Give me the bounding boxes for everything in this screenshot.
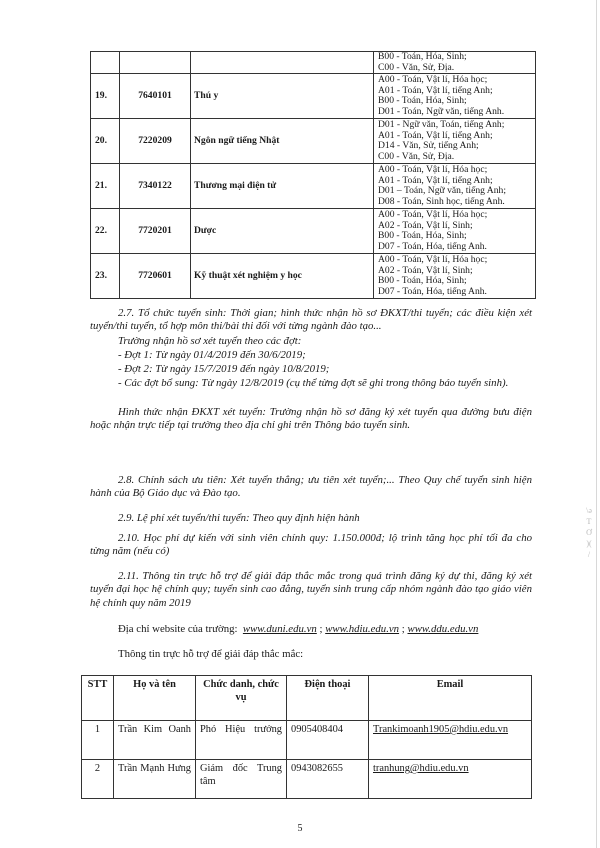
rounds-intro: Trường nhận hồ sơ xét tuyển theo các đợt… <box>118 335 532 348</box>
header-email: Email <box>369 676 532 721</box>
contact-name: Trần Mạnh Hưng <box>114 760 196 799</box>
contact-row: 2Trần Mạnh HưngGiám đốc Trung tâm0943082… <box>82 760 532 799</box>
table-row: 23.7720601Kỹ thuật xét nghiệm y họcA00 -… <box>91 254 536 299</box>
row-index: 20. <box>91 119 120 164</box>
contact-title: Giám đốc Trung tâm <box>196 760 287 799</box>
subject-combinations: A00 - Toán, Vật lí, Hóa học;A01 - Toán, … <box>374 74 536 119</box>
combination: A00 - Toán, Vật lí, Hóa học; <box>378 165 532 176</box>
program-name: Thương mại điện tử <box>191 164 374 209</box>
combination: D01 - Ngữ văn, Toán, tiếng Anh; <box>378 120 532 131</box>
header-stt: STT <box>82 676 114 721</box>
subject-combinations: B00 - Toán, Hóa, Sinh; C00 - Văn, Sử, Đị… <box>374 52 536 74</box>
combination: D07 - Toán, Hóa, tiếng Anh. <box>378 242 532 253</box>
combination: D01 - Toán, Ngữ văn, tiếng Anh. <box>378 107 532 118</box>
program-name: Kỹ thuật xét nghiệm y học <box>191 254 374 299</box>
submission-method: Hình thức nhận ĐKXT xét tuyển: Trường nh… <box>90 406 532 433</box>
contact-phone: 0943082655 <box>287 760 369 799</box>
contact-stt: 1 <box>82 721 114 760</box>
website-link-hdiu[interactable]: www.hdiu.edu.vn <box>325 623 399 635</box>
row-index: 21. <box>91 164 120 209</box>
contact-email-cell: tranhung@hdiu.edu.vn <box>369 760 532 799</box>
section-2-7: 2.7. Tổ chức tuyển sinh: Thời gian; hình… <box>90 307 532 334</box>
program-name: Ngôn ngữ tiếng Nhật <box>191 119 374 164</box>
program-name <box>191 52 374 74</box>
website-line: Địa chỉ website của trường: www.duni.edu… <box>118 623 538 636</box>
program-table: B00 - Toán, Hóa, Sinh; C00 - Văn, Sử, Đị… <box>90 51 536 299</box>
program-code: 7220209 <box>120 119 191 164</box>
contact-email-link[interactable]: tranhung@hdiu.edu.vn <box>373 763 469 774</box>
contact-email-cell: Trankimoanh1905@hdiu.edu.vn <box>369 721 532 760</box>
round-1: - Đợt 1: Từ ngày 01/4/2019 đến 30/6/2019… <box>118 349 532 362</box>
combination: D07 - Toán, Hóa, tiếng Anh. <box>378 287 532 298</box>
program-name: Dược <box>191 209 374 254</box>
table-header-row: STT Họ và tên Chức danh, chức vụ Điện th… <box>82 676 532 721</box>
website-label: Địa chỉ website của trường: <box>118 623 238 635</box>
website-link-ddu[interactable]: www.ddu.edu.vn <box>408 623 479 635</box>
program-code: 7340122 <box>120 164 191 209</box>
subject-combinations: D01 - Ngữ văn, Toán, tiếng Anh;A01 - Toá… <box>374 119 536 164</box>
table-row: B00 - Toán, Hóa, Sinh; C00 - Văn, Sử, Đị… <box>91 52 536 74</box>
program-code <box>120 52 191 74</box>
contact-table: STT Họ và tên Chức danh, chức vụ Điện th… <box>81 675 532 799</box>
website-separator: ; <box>317 623 325 635</box>
round-2: - Đợt 2: Từ ngày 15/7/2019 đến ngày 10/8… <box>118 363 532 376</box>
combination: A00 - Toán, Vật lí, Hóa học; <box>378 75 532 86</box>
round-extra: - Các đợt bổ sung: Từ ngày 12/8/2019 (cụ… <box>90 377 532 390</box>
contact-phone: 0905408404 <box>287 721 369 760</box>
program-code: 7720601 <box>120 254 191 299</box>
table-row: 22.7720201DượcA00 - Toán, Vật lí, Hóa họ… <box>91 209 536 254</box>
table-row: 21.7340122Thương mại điện tửA00 - Toán, … <box>91 164 536 209</box>
website-link-duni[interactable]: www.duni.edu.vn <box>243 623 317 635</box>
table-row: 19.7640101Thú yA00 - Toán, Vật lí, Hóa h… <box>91 74 536 119</box>
section-2-11: 2.11. Thông tin trực hỗ trợ để giải đáp … <box>90 570 532 610</box>
combination: C00 - Văn, Sử, Địa. <box>378 152 532 163</box>
combination: D08 - Toán, Sinh học, tiếng Anh. <box>378 197 532 208</box>
subject-combinations: A00 - Toán, Vật lí, Hóa học;A02 - Toán, … <box>374 254 536 299</box>
contact-stt: 2 <box>82 760 114 799</box>
section-2-10: 2.10. Học phí dự kiến với sinh viên chín… <box>90 532 532 559</box>
program-code: 7640101 <box>120 74 191 119</box>
subject-combinations: A00 - Toán, Vật lí, Hóa học;A01 - Toán, … <box>374 164 536 209</box>
row-index: 19. <box>91 74 120 119</box>
section-2-8: 2.8. Chính sách ưu tiên: Xét tuyển thẳng… <box>90 474 532 501</box>
row-index: 22. <box>91 209 120 254</box>
contact-email-link[interactable]: Trankimoanh1905@hdiu.edu.vn <box>373 724 508 735</box>
section-2-9: 2.9. Lệ phí xét tuyển/thi tuyển: Theo qu… <box>90 512 532 525</box>
website-separator: ; <box>399 623 407 635</box>
combination: C00 - Văn, Sử, Địa. <box>378 63 532 74</box>
header-name: Họ và tên <box>114 676 196 721</box>
contact-row: 1Trần Kim OanhPhó Hiệu trưởng0905408404T… <box>82 721 532 760</box>
header-phone: Điện thoại <box>287 676 369 721</box>
combination: A00 - Toán, Vật lí, Hóa học; <box>378 210 532 221</box>
combination: A00 - Toán, Vật lí, Hóa học; <box>378 255 532 266</box>
program-code: 7720201 <box>120 209 191 254</box>
stamp-mark: \ǝTƠ)(/ <box>583 505 595 560</box>
row-index <box>91 52 120 74</box>
contact-name: Trần Kim Oanh <box>114 721 196 760</box>
table-row: 20.7220209Ngôn ngữ tiếng NhậtD01 - Ngữ v… <box>91 119 536 164</box>
combination: B00 - Toán, Hóa, Sinh; <box>378 52 532 63</box>
program-name: Thú y <box>191 74 374 119</box>
support-intro: Thông tin trực hỗ trợ để giải đáp thắc m… <box>118 648 532 661</box>
page-number: 5 <box>0 823 600 834</box>
header-title: Chức danh, chức vụ <box>196 676 287 721</box>
subject-combinations: A00 - Toán, Vật lí, Hóa học;A02 - Toán, … <box>374 209 536 254</box>
scan-edge <box>596 0 597 848</box>
contact-title: Phó Hiệu trưởng <box>196 721 287 760</box>
row-index: 23. <box>91 254 120 299</box>
